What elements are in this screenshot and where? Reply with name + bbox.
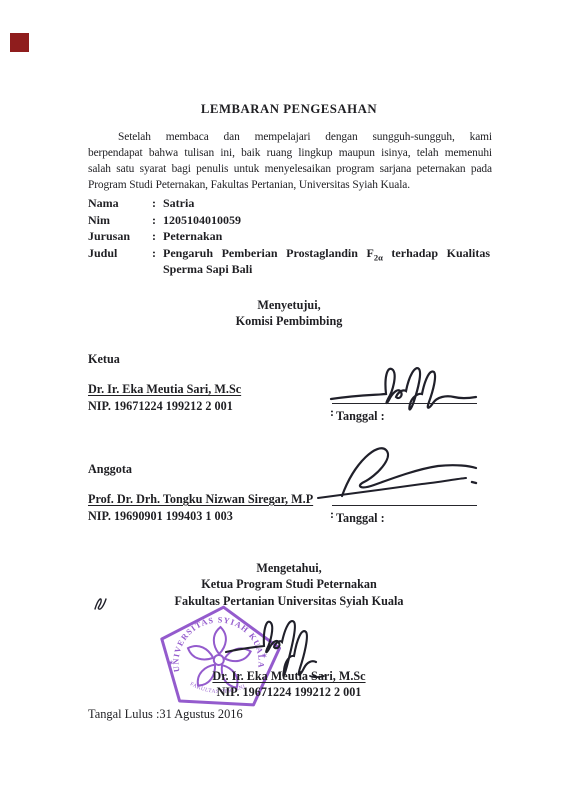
field-value-nama: Satria xyxy=(163,196,194,211)
date-colon: : xyxy=(330,507,334,522)
ink-mark xyxy=(92,594,108,612)
field-value-jurusan: Peternakan xyxy=(163,229,222,244)
ack-line2: Ketua Program Studi Peternakan xyxy=(88,576,490,592)
paragraph-line: Program Studi Peternakan, Fakultas Perta… xyxy=(88,177,492,193)
stamp-star-icon: ✶ xyxy=(167,658,174,667)
judul-subscript: 2α xyxy=(374,252,383,262)
ack-line1: Mengetahui, xyxy=(88,560,490,576)
field-separator: : xyxy=(152,246,156,261)
red-scan-mark xyxy=(10,33,29,52)
judul-text: terhadap Kualitas xyxy=(391,246,490,260)
kaprodi-nip-text: NIP. 19671224 199212 2 001 xyxy=(217,685,362,699)
field-value-judul-line1: Pengaruh Pemberian Prostaglandin F2α ter… xyxy=(163,246,490,262)
field-value-nim: 1205104010059 xyxy=(163,213,241,228)
ketua-name: Dr. Ir. Eka Meutia Sari, M.Sc xyxy=(88,382,241,397)
anggota-signature xyxy=(314,438,486,504)
graduation-date: Tangal Lulus :31 Agustus 2016 xyxy=(88,707,243,722)
kaprodi-name-text: Dr. Ir. Eka Meutia Sari, M.Sc xyxy=(212,669,365,683)
judul-text: Pengaruh Pemberian Prostaglandin F xyxy=(163,246,374,260)
anggota-nip: NIP. 19690901 199403 1 003 xyxy=(88,509,233,524)
opening-paragraph: Setelah membaca dan mempelajari dengan s… xyxy=(88,129,492,193)
approval-heading: Menyetujui, Komisi Pembimbing xyxy=(88,297,490,330)
anggota-date-label: Tanggal : xyxy=(336,511,385,526)
kaprodi-nip: NIP. 19671224 199212 2 001 xyxy=(88,685,490,700)
field-value-judul-line2: Sperma Sapi Bali xyxy=(163,262,252,277)
paragraph-line: salah satu syarat bagi penulis untuk men… xyxy=(88,161,492,177)
ketua-date-line: : xyxy=(332,403,477,404)
date-colon: : xyxy=(330,405,334,420)
role-ketua: Ketua xyxy=(88,352,120,367)
ack-line3: Fakultas Pertanian Universitas Syiah Kua… xyxy=(88,593,490,609)
scanned-approval-page: LEMBARAN PENGESAHAN Setelah membaca dan … xyxy=(0,0,563,802)
approval-heading-line2: Komisi Pembimbing xyxy=(88,313,490,329)
page-title: LEMBARAN PENGESAHAN xyxy=(88,102,490,117)
kaprodi-name: Dr. Ir. Eka Meutia Sari, M.Sc xyxy=(88,669,490,684)
anggota-date-line: : xyxy=(332,505,477,506)
field-separator: : xyxy=(152,229,156,244)
field-separator: : xyxy=(152,213,156,228)
approval-heading-line1: Menyetujui, xyxy=(88,297,490,313)
role-anggota: Anggota xyxy=(88,462,132,477)
ketua-date-label: Tanggal : xyxy=(336,409,385,424)
field-label-jurusan: Jurusan xyxy=(88,229,130,244)
paragraph-line: berpendapat bahwa tulisan ini, baik ruan… xyxy=(88,145,492,161)
anggota-name: Prof. Dr. Drh. Tongku Nizwan Siregar, M.… xyxy=(88,492,313,507)
field-label-nama: Nama xyxy=(88,196,119,211)
field-label-judul: Judul xyxy=(88,246,117,261)
paragraph-line: Setelah membaca dan mempelajari dengan s… xyxy=(88,129,492,145)
field-separator: : xyxy=(152,196,156,211)
ketua-nip: NIP. 19671224 199212 2 001 xyxy=(88,399,233,414)
field-label-nim: Nim xyxy=(88,213,110,228)
acknowledgement-heading: Mengetahui, Ketua Program Studi Peternak… xyxy=(88,560,490,609)
